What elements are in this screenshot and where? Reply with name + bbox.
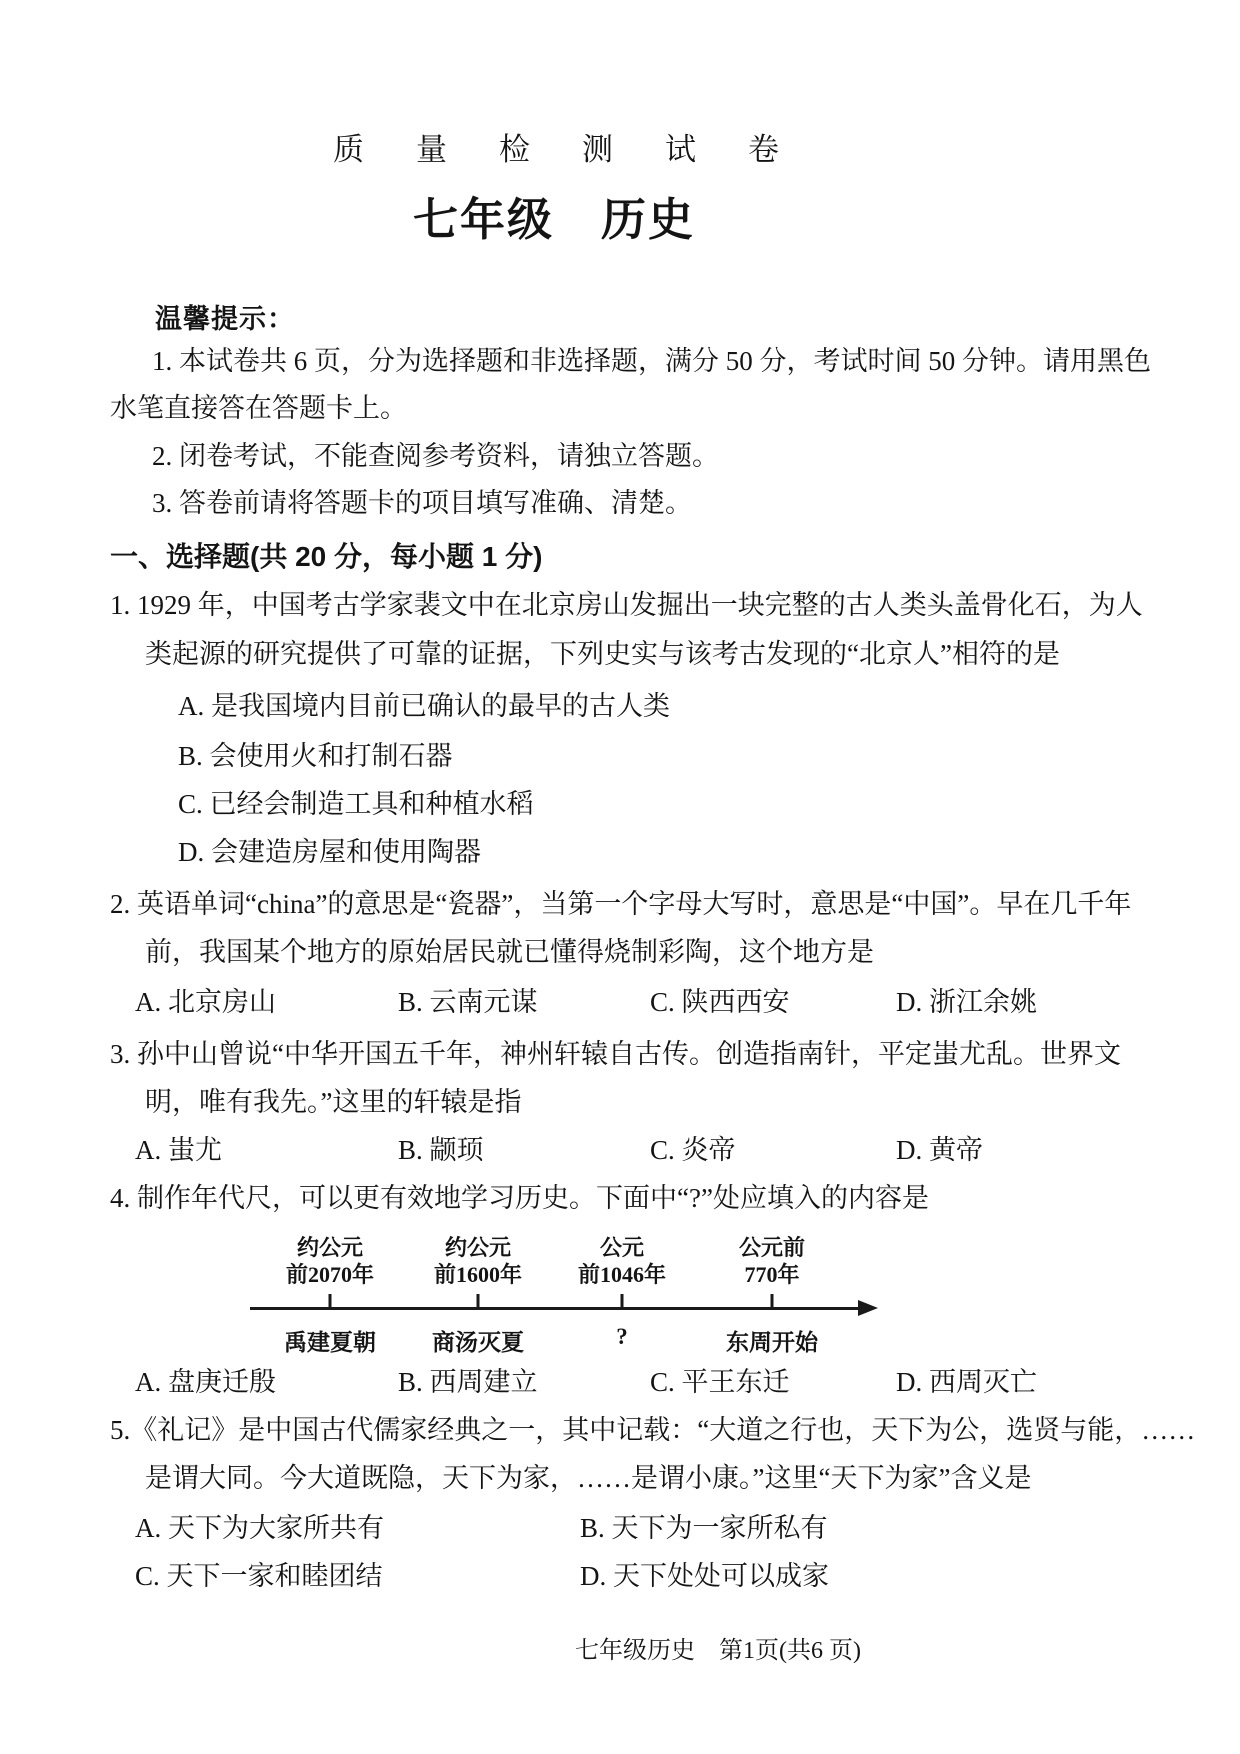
timeline-tick — [477, 1294, 480, 1308]
question-5-option-b: B. 天下为一家所私有 — [580, 1512, 828, 1545]
timeline-date-line: 770年 — [739, 1261, 805, 1288]
page-footer: 七年级历史 第1页(共6 页) — [575, 1630, 861, 1665]
timeline-tick — [329, 1294, 332, 1308]
timeline-date-label: 约公元 前1600年 — [434, 1234, 522, 1288]
question-1-option-a: A. 是我国境内目前已确认的最早的古人类 — [178, 690, 670, 723]
question-1-option-c: C. 已经会制造工具和种植水稻 — [178, 788, 534, 821]
timeline-event: 禹建夏朝 — [284, 1324, 376, 1357]
section-1-heading: 一、选择题(共 20 分，每小题 1 分) — [110, 535, 542, 575]
timeline-arrow-icon — [858, 1300, 878, 1316]
question-1-option-b: B. 会使用火和打制石器 — [178, 740, 453, 773]
question-3-line-1: 3. 孙中山曾说“中华开国五千年，神州轩辕自古传。创造指南针，平定蚩尤乱。世界文 — [110, 1038, 1121, 1071]
timeline-date-line: 约公元 — [286, 1234, 374, 1261]
question-5-option-d: D. 天下处处可以成家 — [580, 1560, 829, 1593]
timeline-date-line: 公元 — [578, 1234, 666, 1261]
timeline-date-line: 前1046年 — [578, 1261, 666, 1288]
question-4-option-a: A. 盘庚迁殷 — [135, 1366, 276, 1399]
question-3-option-c: C. 炎帝 — [650, 1134, 736, 1167]
timeline-tick — [771, 1294, 774, 1308]
timeline-tick — [621, 1294, 624, 1308]
question-2-option-a: A. 北京房山 — [135, 986, 276, 1019]
notice-item-2: 2. 闭卷考试，不能查阅参考资料，请独立答题。 — [152, 440, 719, 473]
exam-title: 质量检测试卷 — [333, 124, 831, 169]
question-3-line-2: 明，唯有我先。”这里的轩辕是指 — [145, 1086, 521, 1119]
notice-item-1-line-2: 水笔直接答在答题卡上。 — [110, 392, 407, 425]
question-2-option-b: B. 云南元谋 — [398, 986, 538, 1019]
timeline-date-line: 公元前 — [739, 1234, 805, 1261]
question-3-option-b: B. 颛顼 — [398, 1134, 484, 1167]
timeline-event: 商汤灭夏 — [432, 1324, 524, 1357]
question-5-line-2: 是谓大同。今大道既隐，天下为家，……是谓小康。”这里“天下为家”含义是 — [145, 1462, 1031, 1495]
timeline-axis — [250, 1307, 862, 1310]
question-5-option-c: C. 天下一家和睦团结 — [135, 1560, 383, 1593]
exam-paper-page: 质量检测试卷 七年级 历史 温馨提示： 1. 本试卷共 6 页，分为选择题和非选… — [0, 0, 1240, 1754]
question-5-line-1: 5.《礼记》是中国古代儒家经典之一，其中记载：“大道之行也，天下为公，选贤与能，… — [110, 1414, 1195, 1447]
timeline-event: 东周开始 — [726, 1324, 818, 1357]
question-4-option-b: B. 西周建立 — [398, 1366, 538, 1399]
timeline-figure: 约公元 前2070年 约公元 前1600年 公元 前1046年 公元前 770年… — [250, 1234, 910, 1358]
question-1-line-2: 类起源的研究提供了可靠的证据，下列史实与该考古发现的“北京人”相符的是 — [145, 638, 1060, 671]
timeline-date-line: 前1600年 — [434, 1261, 522, 1288]
timeline-event: ? — [616, 1324, 628, 1350]
question-1-line-1: 1. 1929 年，中国考古学家裴文中在北京房山发掘出一块完整的古人类头盖骨化石… — [110, 589, 1143, 622]
question-4-option-c: C. 平王东迁 — [650, 1366, 790, 1399]
exam-subtitle: 七年级 历史 — [413, 183, 695, 248]
question-2-line-2: 前，我国某个地方的原始居民就已懂得烧制彩陶，这个地方是 — [145, 936, 874, 969]
question-2-option-c: C. 陕西西安 — [650, 986, 790, 1019]
question-4-line-1: 4. 制作年代尺，可以更有效地学习历史。下面中“?”处应填入的内容是 — [110, 1182, 929, 1215]
notice-item-1-line-1: 1. 本试卷共 6 页，分为选择题和非选择题，满分 50 分，考试时间 50 分… — [152, 345, 1151, 378]
timeline-date-line: 约公元 — [434, 1234, 522, 1261]
question-5-option-a: A. 天下为大家所共有 — [135, 1512, 384, 1545]
timeline-date-label: 公元 前1046年 — [578, 1234, 666, 1288]
timeline-date-line: 前2070年 — [286, 1261, 374, 1288]
question-3-option-a: A. 蚩尤 — [135, 1134, 222, 1167]
question-2-line-1: 2. 英语单词“china”的意思是“瓷器”，当第一个字母大写时，意思是“中国”… — [110, 888, 1131, 921]
question-4-option-d: D. 西周灭亡 — [896, 1366, 1037, 1399]
question-1-option-d: D. 会建造房屋和使用陶器 — [178, 836, 481, 869]
timeline-date-label: 公元前 770年 — [739, 1234, 805, 1288]
timeline-date-label: 约公元 前2070年 — [286, 1234, 374, 1288]
question-3-option-d: D. 黄帝 — [896, 1134, 983, 1167]
notice-heading: 温馨提示： — [155, 297, 295, 336]
question-2-option-d: D. 浙江余姚 — [896, 986, 1037, 1019]
notice-item-3: 3. 答卷前请将答题卡的项目填写准确、清楚。 — [152, 487, 692, 520]
